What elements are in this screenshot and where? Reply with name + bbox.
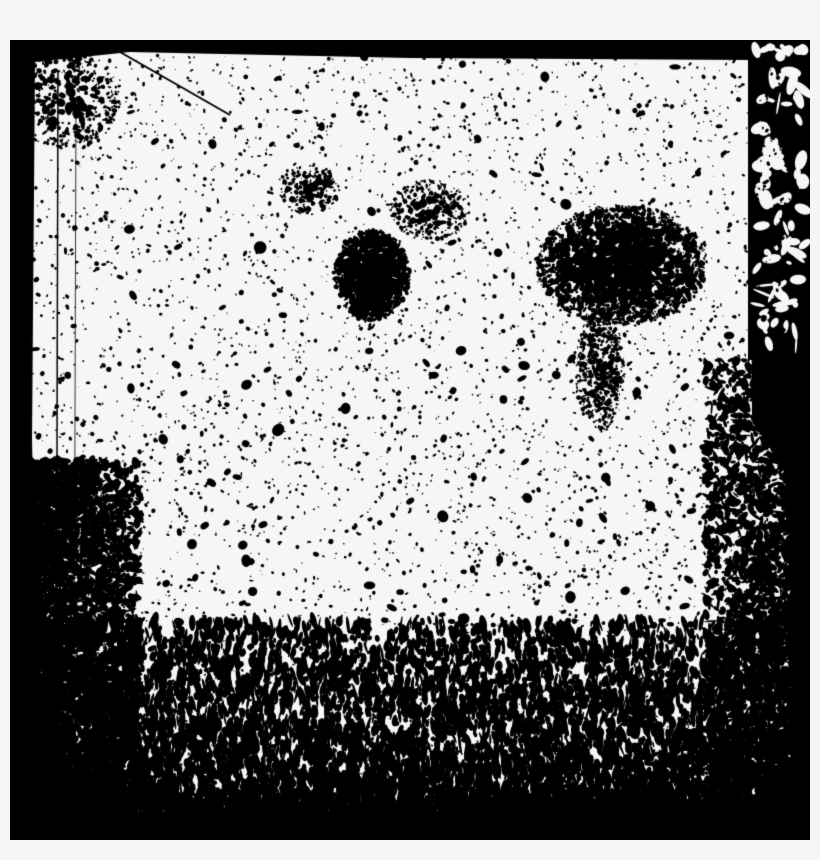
grunge-texture	[10, 40, 810, 840]
grunge-frame	[10, 40, 810, 840]
